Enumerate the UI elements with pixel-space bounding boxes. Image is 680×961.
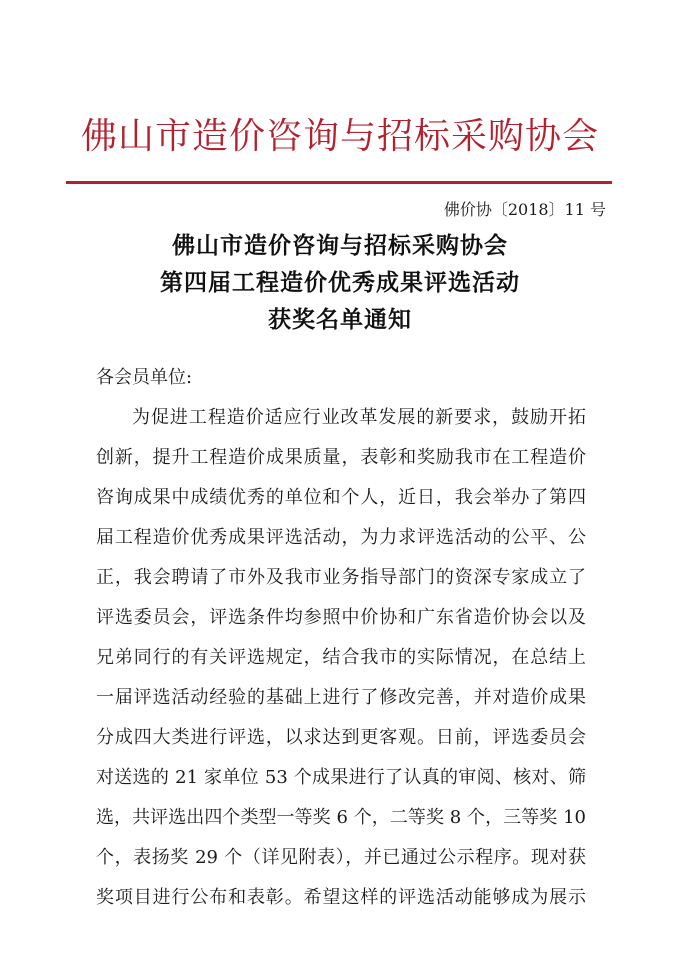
body-line: 个，表扬奖 29 个（详见附表），并已通过公示程序。现对获: [96, 843, 586, 883]
body-line: 分成四大类进行评选，以求达到更客观。日前，评选委员会: [96, 723, 586, 763]
body-line: 奖项目进行公布和表彰。希望这样的评选活动能够成为展示: [96, 883, 586, 923]
body-paragraph: 为促进工程造价适应行业改革发展的新要求，鼓励开拓 创新，提升工程造价成果质量，表…: [96, 403, 586, 923]
body-line: 对送选的 21 家单位 53 个成果进行了认真的审阅、核对、筛: [96, 763, 586, 803]
body-line: 兄弟同行的有关评选规定，结合我市的实际情况，在总结上: [96, 643, 586, 683]
notice-title: 佛山市造价咨询与招标采购协会 第四届工程造价优秀成果评选活动 获奖名单通知: [0, 228, 680, 339]
salutation: 各会员单位:: [96, 363, 192, 393]
body-line: 一届评选活动经验的基础上进行了修改完善，并对造价成果: [96, 683, 586, 723]
body-line: 正，我会聘请了市外及我市业务指导部门的资深专家成立了: [96, 563, 586, 603]
body-line: 评选委员会，评选条件均参照中价协和广东省造价协会以及: [96, 603, 586, 643]
body-line: 届工程造价优秀成果评选活动，为力求评选活动的公平、公: [96, 523, 586, 563]
body-line: 选，共评选出四个类型一等奖 6 个，二等奖 8 个，三等奖 10: [96, 803, 586, 843]
body-line: 咨询成果中成绩优秀的单位和个人，近日，我会举办了第四: [96, 483, 586, 523]
letterhead-title: 佛山市造价咨询与招标采购协会: [0, 112, 680, 162]
body-line: 为促进工程造价适应行业改革发展的新要求，鼓励开拓: [96, 403, 586, 443]
title-line-notice: 获奖名单通知: [0, 302, 680, 339]
body-line: 创新，提升工程造价成果质量，表彰和奖励我市在工程造价: [96, 443, 586, 483]
title-line-organization: 佛山市造价咨询与招标采购协会: [0, 228, 680, 265]
document-number: 佛价协〔2018〕11 号: [444, 198, 606, 222]
letterhead-red-rule: [66, 181, 612, 184]
title-line-event: 第四届工程造价优秀成果评选活动: [0, 265, 680, 302]
